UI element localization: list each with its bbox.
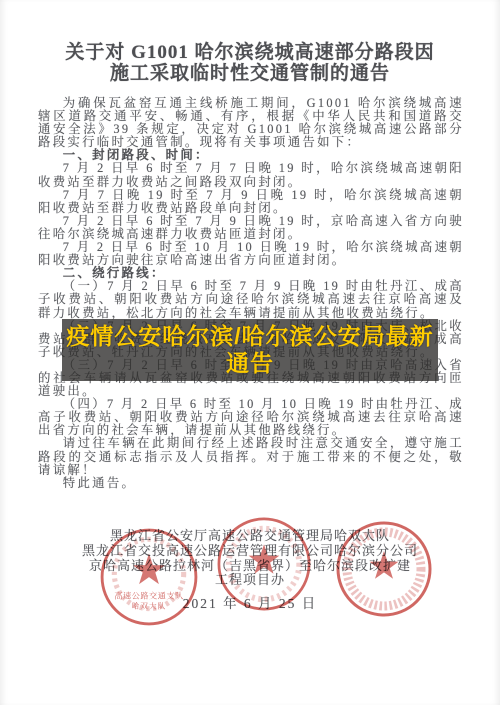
seal-text-line2: 哈双大队 (132, 601, 167, 611)
watermark-banner: 疫情公安哈尔滨/哈尔滨公安局最新 通告 (62, 319, 438, 381)
seal-text-line1: 高速公路交通支队 (114, 590, 183, 600)
notice-paragraph: 7 月 2 日早 6 时至 7 月 9 日晚 19 时，京哈高速入省方向驶往哈尔… (38, 215, 464, 241)
official-seal-middle (215, 515, 313, 613)
notice-body: 为确保瓦盆窑互通主线桥施工期间，G1001 哈尔滨绕城高速辖区道路交通平安、畅通… (38, 97, 464, 490)
star-icon (133, 554, 165, 585)
notice-paragraph: （四）7 月 2 日早 6 时至 10 月 10 日晚 19 时由牡丹江、成高子… (38, 398, 464, 437)
official-seal-right (334, 519, 434, 619)
watermark-banner-line2: 通告 (226, 350, 274, 378)
notice-paragraph: 为确保瓦盆窑互通主线桥施工期间，G1001 哈尔滨绕城高速辖区道路交通平安、畅通… (38, 97, 464, 149)
notice-title-line2: 施工采取临时性交通管制的通告 (40, 63, 460, 84)
notice-paragraph: 7 月 7 日晚 19 时至 7 月 9 日晚 19 时，哈尔滨绕城高速朝阳收费… (38, 189, 464, 215)
notice-document-page: 关于对 G1001 哈尔滨绕城高速部分路段因 施工采取临时性交通管制的通告 为确… (0, 0, 500, 705)
notice-title-line1: 关于对 G1001 哈尔滨绕城高速部分路段因 (40, 42, 460, 63)
notice-paragraph: 特此通告。 (38, 477, 464, 490)
notice-paragraph: 7 月 2 日早 6 时至 10 月 10 日晚 19 时，哈尔滨绕城高速朝阳收… (38, 241, 464, 267)
notice-paragraph: （一）7 月 2 日早 6 时至 7 月 9 日晚 19 时由牡丹江、成高子收费… (38, 280, 464, 319)
notice-paragraph: 请过往车辆在此期间行经上述路段时注意交通安全，遵守施工路段的交通标志指示及人员指… (38, 437, 464, 476)
notice-title: 关于对 G1001 哈尔滨绕城高速部分路段因 施工采取临时性交通管制的通告 (40, 42, 460, 84)
watermark-banner-line1: 疫情公安哈尔滨/哈尔滨公安局最新 (66, 323, 433, 351)
official-seal-left: 高速公路交通支队 哈双大队 (98, 526, 200, 628)
star-icon (249, 544, 280, 573)
star-icon (370, 551, 399, 579)
notice-paragraph: 7 月 2 日早 6 时至 7 月 7 日晚 19 时，哈尔滨绕城高速朝阳收费站… (38, 162, 464, 188)
